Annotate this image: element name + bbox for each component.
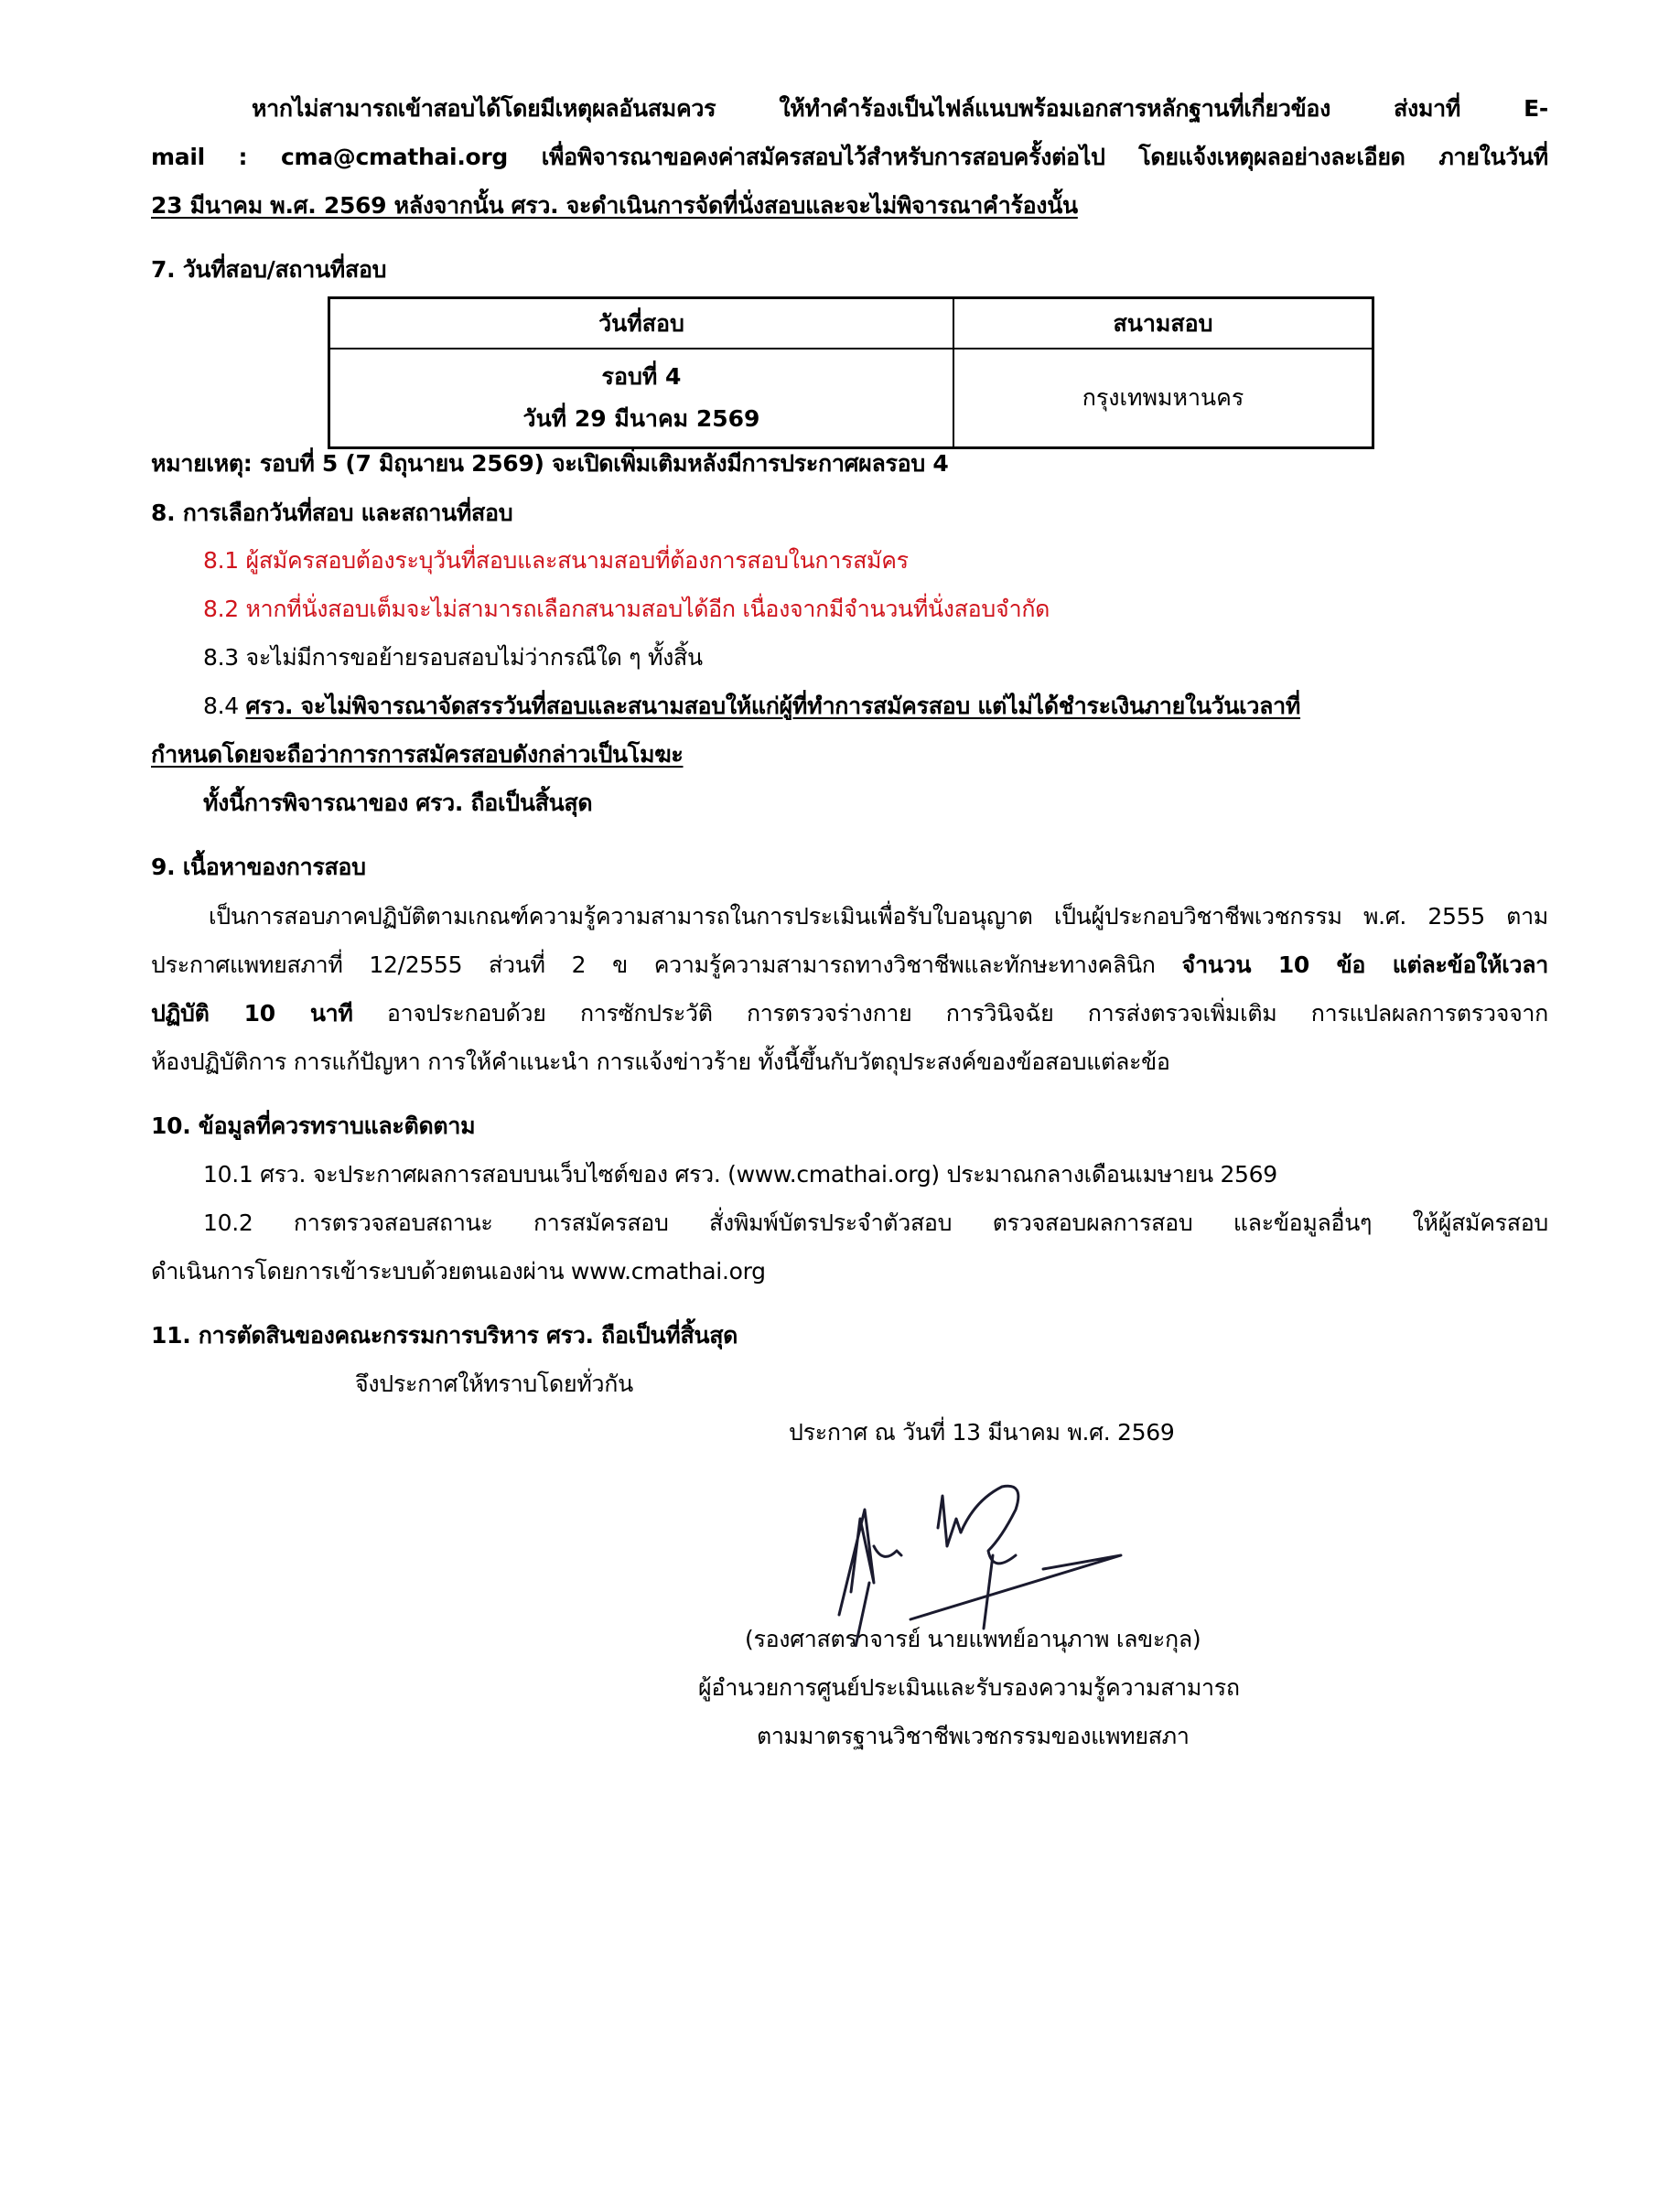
signer-name: (รองศาสตราจารย์ นายแพทย์อานุภาพ เลขะกุล) [745, 1624, 1201, 1655]
section-9-line-3: ปฏิบัติ 10 นาที อาจประกอบด้วย การซักประว… [151, 998, 1548, 1029]
signer-title-line-1: ผู้อำนวยการศูนย์ประเมินและรับรองความรู้ค… [698, 1672, 1240, 1704]
section-10-item-2-line-2: ดำเนินการโดยการเข้าระบบด้วยตนเองผ่าน www… [151, 1256, 766, 1287]
section-10-item-2-line-1: 10.2 การตรวจสอบสถานะ การสมัครสอบ สั่งพิม… [203, 1208, 1548, 1239]
section-9-line-1: เป็นการสอบภาคปฏิบัติตามเกณฑ์ความรู้ความส… [209, 901, 1548, 932]
intro-line-3-deadline: 23 มีนาคม พ.ศ. 2569 หลังจากนั้น ศรว. จะด… [151, 190, 1078, 221]
item-4-text: ศรว. จะไม่พิจารณาจัดสรรวันที่สอบและสนามส… [246, 693, 1301, 719]
intro-line-2: mail : cma@cmathai.org เพื่อพิจารณาขอคงค… [151, 142, 1548, 173]
section-8-final-note: ทั้งนี้การพิจารณาของ ศรว. ถือเป็นสิ้นสุด [203, 788, 592, 819]
section-9-time-per-item: ปฏิบัติ 10 นาที [151, 1000, 353, 1027]
section-9-line-4: ห้องปฏิบัติการ การแก้ปัญหา การให้คำแนะนำ… [151, 1047, 1170, 1078]
section-10-heading: 10. ข้อมูลที่ควรทราบและติดตาม [151, 1111, 475, 1142]
header-exam-venue: สนามสอบ [953, 298, 1373, 349]
section-8-item-3: 8.3 จะไม่มีการขอย้ายรอบสอบไม่ว่ากรณีใด ๆ… [203, 642, 703, 673]
section-7-heading: 7. วันที่สอบ/สถานที่สอบ [151, 254, 386, 285]
section-9-line-3-text: อาจประกอบด้วย การซักประวัติ การตรวจร่างก… [353, 1000, 1548, 1027]
section-8-item-2: 8.2 หากที่นั่งสอบเต็มจะไม่สามารถเลือกสนา… [203, 594, 1050, 625]
section-8-item-1: 8.1 ผู้สมัครสอบต้องระบุวันที่สอบและสนามส… [203, 545, 909, 576]
section-10-item-1: 10.1 ศรว. จะประกาศผลการสอบบนเว็บไซต์ของ … [203, 1159, 1277, 1190]
exam-date: วันที่ 29 มีนาคม 2569 [331, 398, 952, 440]
section-9-item-count: จำนวน 10 ข้อ แต่ละข้อให้เวลา [1181, 951, 1548, 978]
table-header-row: วันที่สอบ สนามสอบ [329, 298, 1373, 349]
section-8-item-4-line-2: กำหนดโดยจะถือว่าการการสมัครสอบดังกล่าวเป… [151, 739, 684, 770]
intro-line-1: หากไม่สามารถเข้าสอบได้โดยมีเหตุผลอันสมคว… [252, 93, 1548, 124]
cell-exam-venue: กรุงเทพมหานคร [953, 349, 1373, 448]
table-row: รอบที่ 4 วันที่ 29 มีนาคม 2569 กรุงเทพมห… [329, 349, 1373, 448]
section-8-item-4-line-1: 8.4 ศรว. จะไม่พิจารณาจัดสรรวันที่สอบและส… [203, 691, 1300, 722]
exam-schedule-table: วันที่สอบ สนามสอบ รอบที่ 4 วันที่ 29 มีน… [328, 296, 1374, 449]
section-7-note: หมายเหตุ: รอบที่ 5 (7 มิถุนายน 2569) จะเ… [151, 448, 948, 479]
closing-announcement: จึงประกาศให้ทราบโดยทั่วกัน [355, 1369, 633, 1400]
section-8-heading: 8. การเลือกวันที่สอบ และสถานที่สอบ [151, 498, 512, 529]
section-9-heading: 9. เนื้อหาของการสอบ [151, 852, 366, 883]
round-label: รอบที่ 4 [331, 356, 952, 398]
section-9-line-2-text: ประกาศแพทยสภาที่ 12/2555 ส่วนที่ 2 ข ควา… [151, 951, 1181, 978]
section-9-line-2: ประกาศแพทยสภาที่ 12/2555 ส่วนที่ 2 ข ควา… [151, 950, 1548, 981]
cell-exam-date: รอบที่ 4 วันที่ 29 มีนาคม 2569 [329, 349, 954, 448]
announcement-date: ประกาศ ณ วันที่ 13 มีนาคม พ.ศ. 2569 [789, 1417, 1174, 1448]
section-11-heading: 11. การตัดสินของคณะกรรมการบริหาร ศรว. ถื… [151, 1320, 738, 1351]
signature-image [819, 1464, 1222, 1647]
item-4-number: 8.4 [203, 693, 246, 719]
header-exam-date: วันที่สอบ [329, 298, 954, 349]
signer-title-line-2: ตามมาตรฐานวิชาชีพเวชกรรมของแพทยสภา [757, 1721, 1190, 1752]
